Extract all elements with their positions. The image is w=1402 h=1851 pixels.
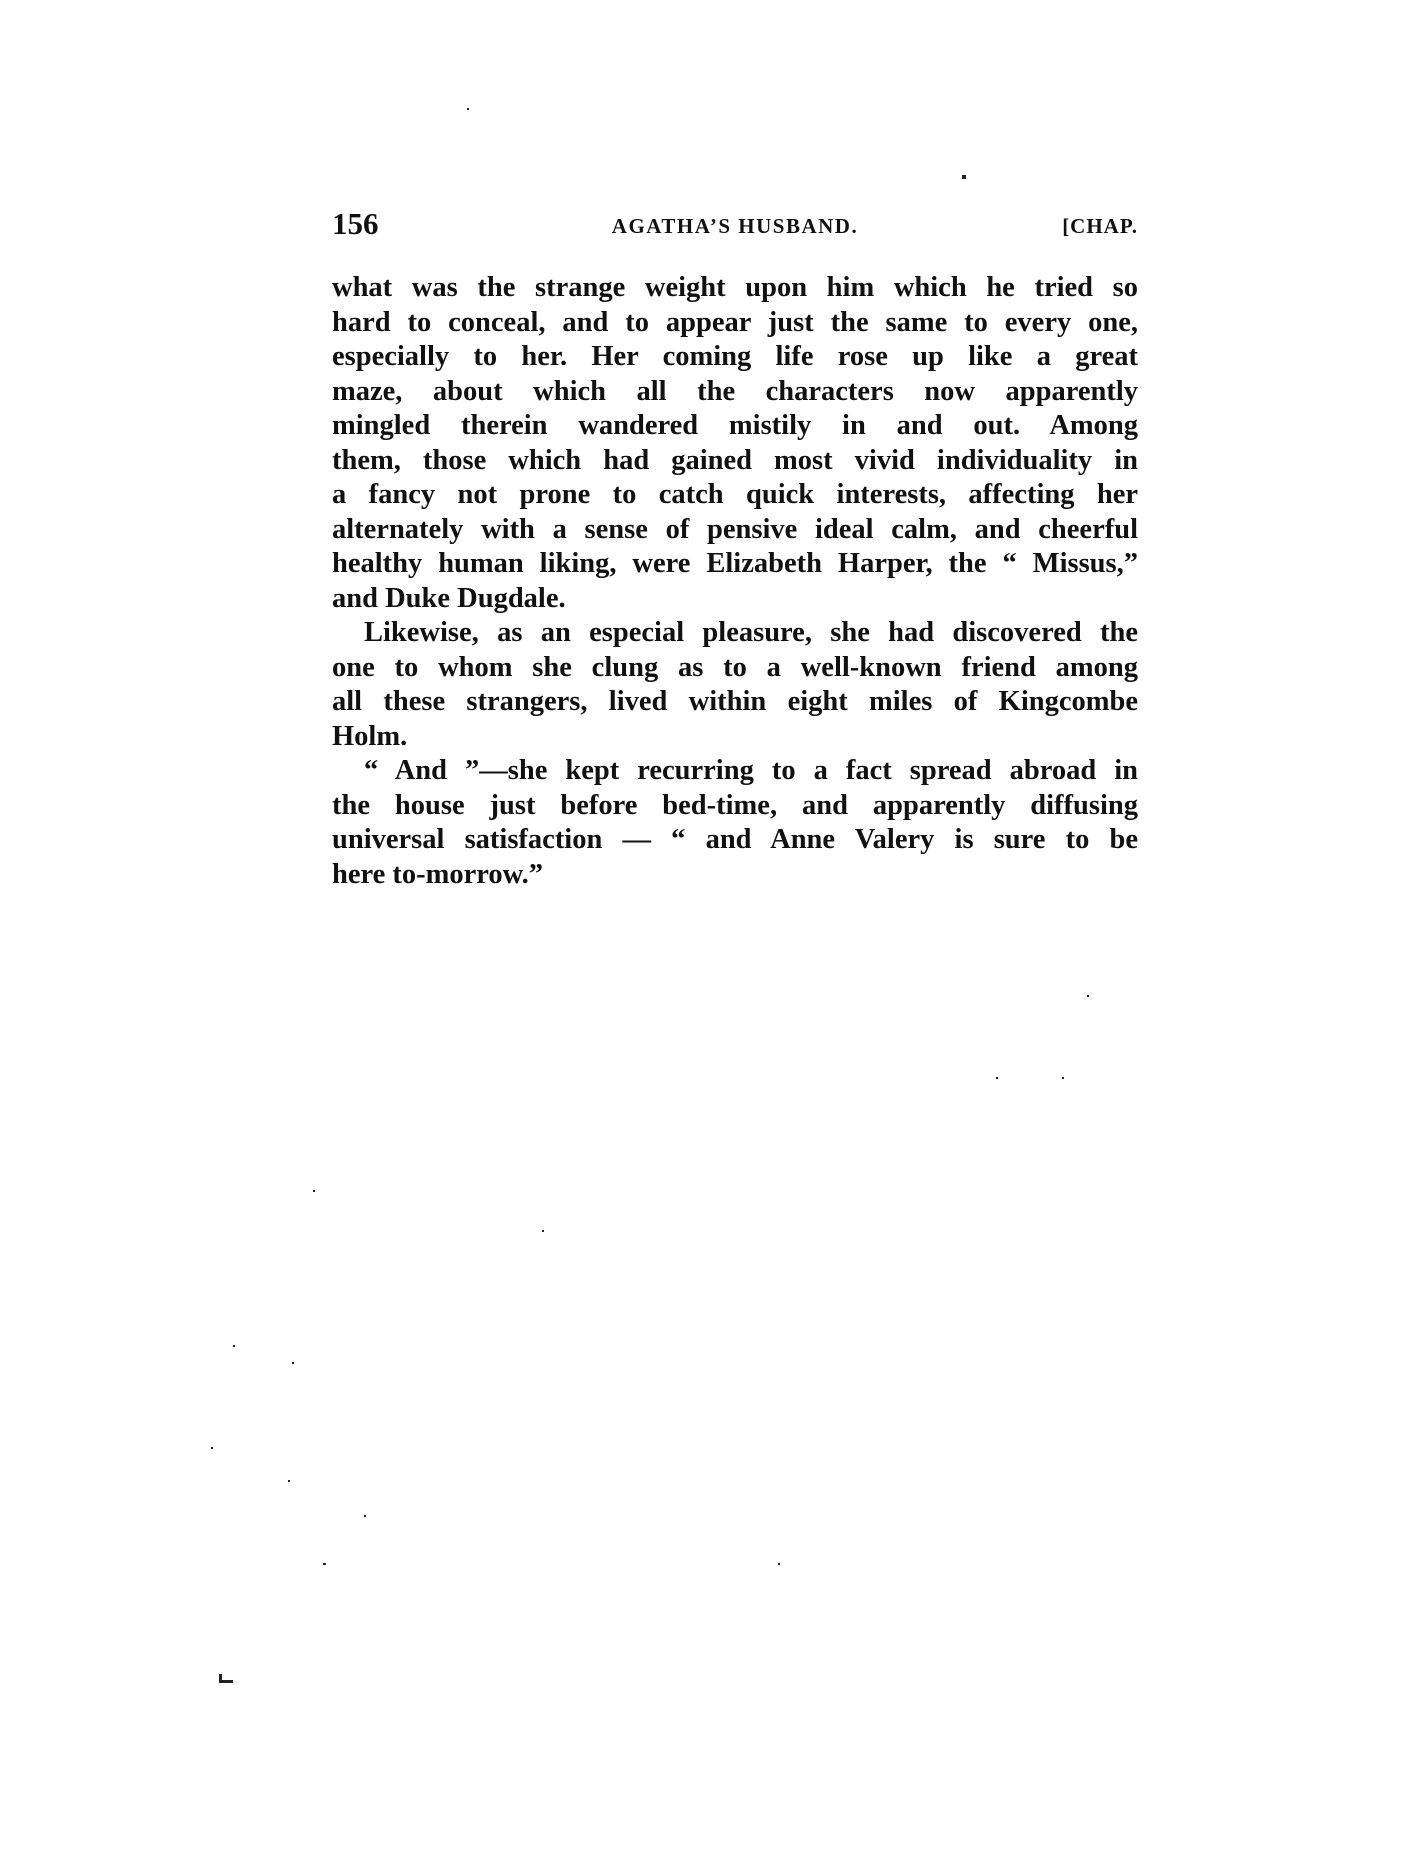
text-line: universal satisfaction — “ and Anne Vale…: [332, 823, 1138, 858]
text-line: mingled therein wandered mistily in and …: [332, 409, 1138, 444]
scan-speck: [1087, 995, 1089, 997]
scan-speck: [313, 1190, 315, 1192]
book-title: AGATHA’S HUSBAND.: [332, 208, 1138, 244]
text-line: alternately with a sense of pensive idea…: [332, 513, 1138, 548]
text-line: all these strangers, lived within eight …: [332, 685, 1138, 720]
scan-speck: [962, 175, 966, 179]
scan-speck: [288, 1480, 290, 1482]
scan-speck: [1062, 1077, 1064, 1079]
text-line: the house just before bed-time, and appa…: [332, 789, 1138, 824]
text-line: Holm.: [332, 720, 1138, 755]
text-line: and Duke Dugdale.: [332, 582, 1138, 617]
running-head: 156 AGATHA’S HUSBAND. [CHAP.: [332, 204, 1138, 244]
text-line: one to whom she clung as to a well-known…: [332, 651, 1138, 686]
text-line: healthy human liking, were Elizabeth Har…: [332, 547, 1138, 582]
text-line: “ And ”—she kept recurring to a fact spr…: [332, 754, 1138, 789]
chapter-mark: [CHAP.: [1062, 208, 1138, 244]
book-page: 156 AGATHA’S HUSBAND. [CHAP. what was th…: [0, 0, 1402, 1851]
paragraph: “ And ”—she kept recurring to a fact spr…: [332, 754, 1138, 892]
text-line: especially to her. Her coming life rose …: [332, 340, 1138, 375]
scan-speck: [778, 1563, 780, 1565]
scan-speck: [292, 1362, 294, 1364]
paragraph: what was the strange weight upon him whi…: [332, 271, 1138, 616]
scan-speck: [211, 1447, 213, 1449]
text-line: what was the strange weight upon him whi…: [332, 271, 1138, 306]
paragraph: Likewise, as an especial pleasure, she h…: [332, 616, 1138, 754]
text-line: them, those which had gained most vivid …: [332, 444, 1138, 479]
text-line: here to-morrow.”: [332, 858, 1138, 893]
text-line: maze, about which all the characters now…: [332, 375, 1138, 410]
scan-speck: [996, 1077, 998, 1079]
body-text: what was the strange weight upon him whi…: [332, 271, 1138, 892]
text-line: a fancy not prone to catch quick interes…: [332, 478, 1138, 513]
scan-speck: [542, 1230, 544, 1232]
scan-speck: [467, 108, 469, 110]
scan-speck: [233, 1345, 235, 1347]
scan-speck: [323, 1563, 326, 1565]
scan-speck: [219, 1674, 222, 1682]
text-line: hard to conceal, and to appear just the …: [332, 306, 1138, 341]
scan-speck: [364, 1515, 366, 1517]
text-line: Likewise, as an especial pleasure, she h…: [332, 616, 1138, 651]
